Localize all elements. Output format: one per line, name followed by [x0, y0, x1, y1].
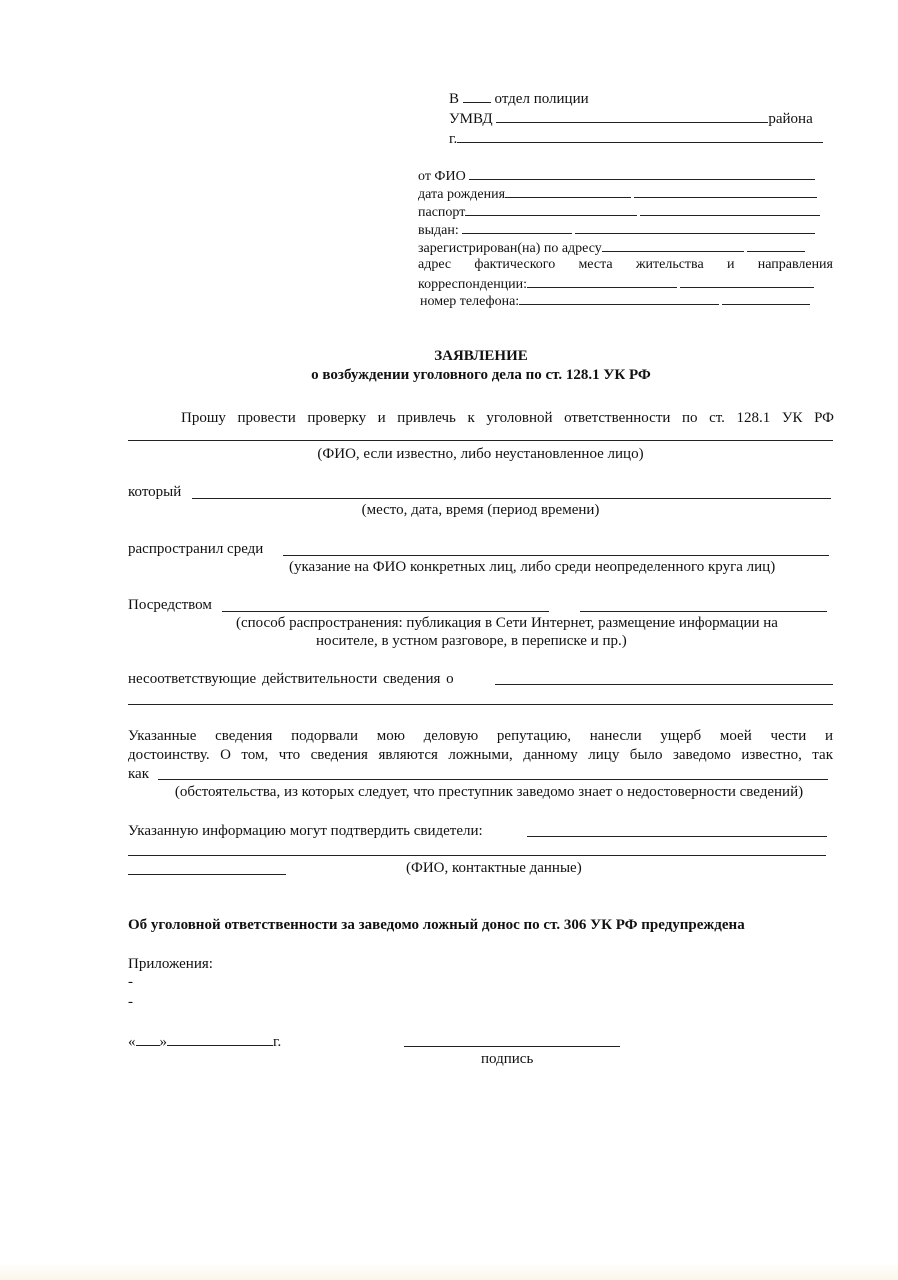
month-year-field[interactable]	[167, 1032, 273, 1046]
phone-field[interactable]	[519, 291, 719, 305]
addressee-suffix: отдел полиции	[495, 91, 589, 107]
addressee-prefix: В	[449, 91, 459, 107]
document-title: ЗАЯВЛЕНИЕ	[0, 347, 898, 365]
which-row: который	[128, 483, 181, 501]
registered-field[interactable]	[602, 238, 744, 252]
means-field[interactable]	[222, 611, 549, 612]
issued-field-2[interactable]	[575, 220, 815, 234]
applicant-fio-row: от ФИО	[418, 166, 815, 186]
hint-witnesses: (ФИО, контактные данные)	[406, 859, 582, 877]
passport-row: паспорт	[418, 202, 820, 222]
hint-method-2: носителе, в устном разговоре, в переписк…	[316, 632, 627, 650]
addressee-line-city: г.	[449, 129, 823, 148]
birth-date-row: дата рождения	[418, 184, 817, 204]
phone-row: номер телефона:	[420, 291, 810, 311]
means-field-2[interactable]	[580, 611, 827, 612]
phone-field-2[interactable]	[722, 291, 810, 305]
issued-row: выдан:	[418, 220, 815, 240]
signature-field[interactable]	[404, 1046, 620, 1047]
addressee-line-department: В отдел полиции	[449, 89, 589, 108]
place-date-field[interactable]	[192, 498, 831, 499]
attachments-label: Приложения:	[128, 955, 213, 973]
issued-label: выдан:	[418, 223, 459, 238]
spread-persons-field[interactable]	[283, 555, 829, 556]
circumstances-field[interactable]	[158, 779, 828, 780]
issued-field[interactable]	[462, 220, 572, 234]
witnesses-field-2[interactable]	[128, 855, 826, 856]
birth-date-label: дата рождения	[418, 187, 505, 202]
district-label: района	[768, 111, 812, 127]
correspondence-label: корреспонденции:	[418, 277, 527, 292]
false-info-field-2[interactable]	[128, 704, 833, 705]
actual-address-label: адрес фактического места жительства и на…	[418, 256, 833, 274]
page-bottom-band	[0, 1264, 898, 1280]
attachment-item[interactable]: -	[128, 973, 133, 991]
means-row: Посредством	[128, 596, 212, 614]
damage-text-2: достоинству. О том, что сведения являютс…	[128, 746, 833, 764]
registered-label: зарегистрирован(на) по адресу	[418, 241, 602, 256]
city-label: г.	[449, 131, 457, 147]
false-info-field[interactable]	[495, 684, 833, 685]
birth-date-field[interactable]	[505, 184, 631, 198]
damage-text-1: Указанные сведения подорвали мою деловую…	[128, 727, 833, 745]
day-field[interactable]	[136, 1032, 160, 1046]
umvd-label: УМВД	[449, 111, 493, 127]
hint-method-1: (способ распространения: публикация в Се…	[236, 614, 778, 632]
passport-field[interactable]	[465, 202, 637, 216]
means-label: Посредством	[128, 597, 212, 613]
signature-label: подпись	[481, 1050, 533, 1068]
hint-place: (место, дата, время (период времени)	[128, 501, 833, 519]
accused-fio-field[interactable]	[128, 440, 833, 441]
registered-field-2[interactable]	[747, 238, 805, 252]
phone-label: номер телефона:	[420, 294, 519, 309]
request-text: Прошу провести проверку и привлечь к уго…	[181, 409, 834, 427]
hint-persons: (указание на ФИО конкретных лиц, либо ср…	[289, 558, 775, 576]
passport-label: паспорт	[418, 205, 465, 220]
passport-field-2[interactable]	[640, 202, 820, 216]
document-subtitle: о возбуждении уголовного дела по ст. 128…	[0, 366, 898, 384]
applicant-fio-label: от ФИО	[418, 169, 466, 184]
spread-label: распространил среди	[128, 541, 263, 557]
district-field[interactable]	[496, 109, 768, 123]
attachment-item[interactable]: -	[128, 993, 133, 1011]
date-row: «»г.	[128, 1032, 281, 1051]
registered-row: зарегистрирован(на) по адресу	[418, 238, 805, 258]
spread-row: распространил среди	[128, 540, 263, 558]
which-label: который	[128, 484, 181, 500]
date-close-quote: »	[160, 1034, 168, 1050]
correspondence-field[interactable]	[527, 274, 677, 288]
warning-text: Об уголовной ответственности за заведомо…	[128, 916, 745, 934]
city-field[interactable]	[457, 129, 823, 143]
damage-text-3: как	[128, 765, 149, 783]
false-info-label: несоответствующие действительности сведе…	[128, 671, 454, 687]
false-info-row: несоответствующие действительности сведе…	[128, 670, 454, 688]
correspondence-field-2[interactable]	[680, 274, 814, 288]
applicant-fio-field[interactable]	[469, 166, 815, 180]
date-open-quote: «	[128, 1034, 136, 1050]
witnesses-field[interactable]	[527, 836, 827, 837]
addressee-line-umvd: УМВД района	[449, 109, 813, 128]
witnesses-row: Указанную информацию могут подтвердить с…	[128, 822, 483, 840]
hint-fio: (ФИО, если известно, либо неустановленно…	[128, 445, 833, 463]
birth-date-field-2[interactable]	[634, 184, 817, 198]
witnesses-field-3[interactable]	[128, 874, 286, 875]
hint-circumstances: (обстоятельства, из которых следует, что…	[128, 783, 850, 801]
year-suffix: г.	[273, 1034, 281, 1050]
department-number-field[interactable]	[463, 89, 491, 103]
witnesses-label: Указанную информацию могут подтвердить с…	[128, 823, 483, 839]
